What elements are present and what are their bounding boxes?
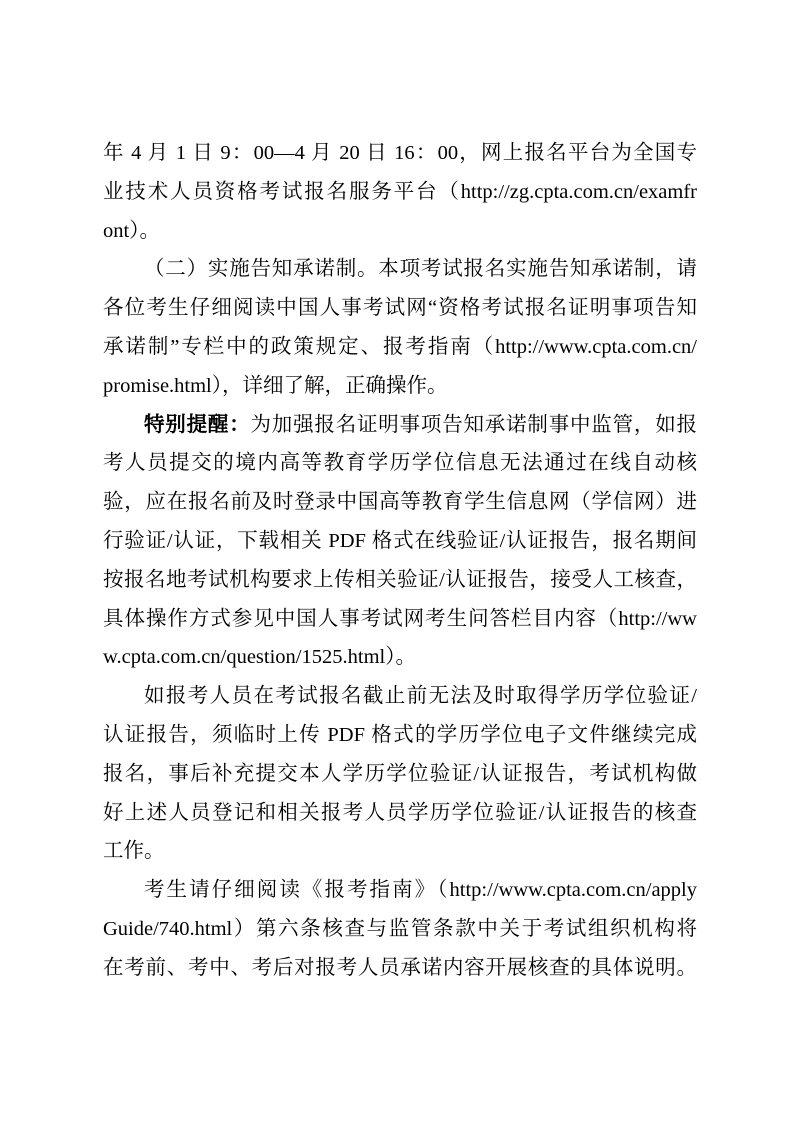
doc-line: 好上述人员登记和相关报考人员学历学位验证/认证报告的核查	[103, 794, 697, 833]
doc-line: 认证报告，须临时上传 PDF 格式的学历学位电子文件继续完成	[103, 716, 697, 755]
doc-line: 考生请仔细阅读《报考指南》（http://www.cpta.com.cn/app…	[103, 871, 697, 910]
doc-line: 在考前、考中、考后对报考人员承诺内容开展核查的具体说明。	[103, 949, 697, 988]
document-page: 年 4 月 1 日 9：00—4 月 20 日 16：00，网上报名平台为全国专…	[0, 0, 794, 1123]
doc-line: 按报名地考试机构要求上传相关验证/认证报告，接受人工核查，	[103, 561, 697, 600]
doc-line: （二）实施告知承诺制。本项考试报名实施告知承诺制，请	[103, 250, 697, 289]
document-body-text: 年 4 月 1 日 9：00—4 月 20 日 16：00，网上报名平台为全国专…	[103, 134, 697, 988]
doc-line: 具体操作方式参见中国人事考试网考生问答栏目内容（http://ww	[103, 600, 697, 639]
special-reminder-label: 特别提醒：	[144, 414, 251, 436]
doc-line: 考人员提交的境内高等教育学历学位信息无法通过在线自动核	[103, 444, 697, 483]
doc-line: 验，应在报名前及时登录中国高等教育学生信息网（学信网）进	[103, 483, 697, 522]
doc-line: 业技术人员资格考试报名服务平台（http://zg.cpta.com.cn/ex…	[103, 173, 697, 212]
doc-line: Guide/740.html）第六条核查与监管条款中关于考试组织机构将	[103, 910, 697, 949]
doc-line: 如报考人员在考试报名截止前无法及时取得学历学位验证/	[103, 677, 697, 716]
doc-line: 工作。	[103, 832, 697, 871]
doc-line: 报名，事后补充提交本人学历学位验证/认证报告，考试机构做	[103, 755, 697, 794]
doc-line: promise.html），详细了解，正确操作。	[103, 367, 697, 406]
doc-line: 行验证/认证，下载相关 PDF 格式在线验证/认证报告，报名期间	[103, 522, 697, 561]
doc-line: 各位考生仔细阅读中国人事考试网“资格考试报名证明事项告知	[103, 289, 697, 328]
doc-line-text: 为加强报名证明事项告知承诺制事中监管，如报	[251, 414, 698, 436]
doc-line: 承诺制”专栏中的政策规定、报考指南（http://www.cpta.com.cn…	[103, 328, 697, 367]
doc-line-special-reminder: 特别提醒：为加强报名证明事项告知承诺制事中监管，如报	[103, 406, 697, 445]
doc-line: ont）。	[103, 212, 697, 251]
doc-line: 年 4 月 1 日 9：00—4 月 20 日 16：00，网上报名平台为全国专	[103, 134, 697, 173]
doc-line: w.cpta.com.cn/question/1525.html）。	[103, 638, 697, 677]
